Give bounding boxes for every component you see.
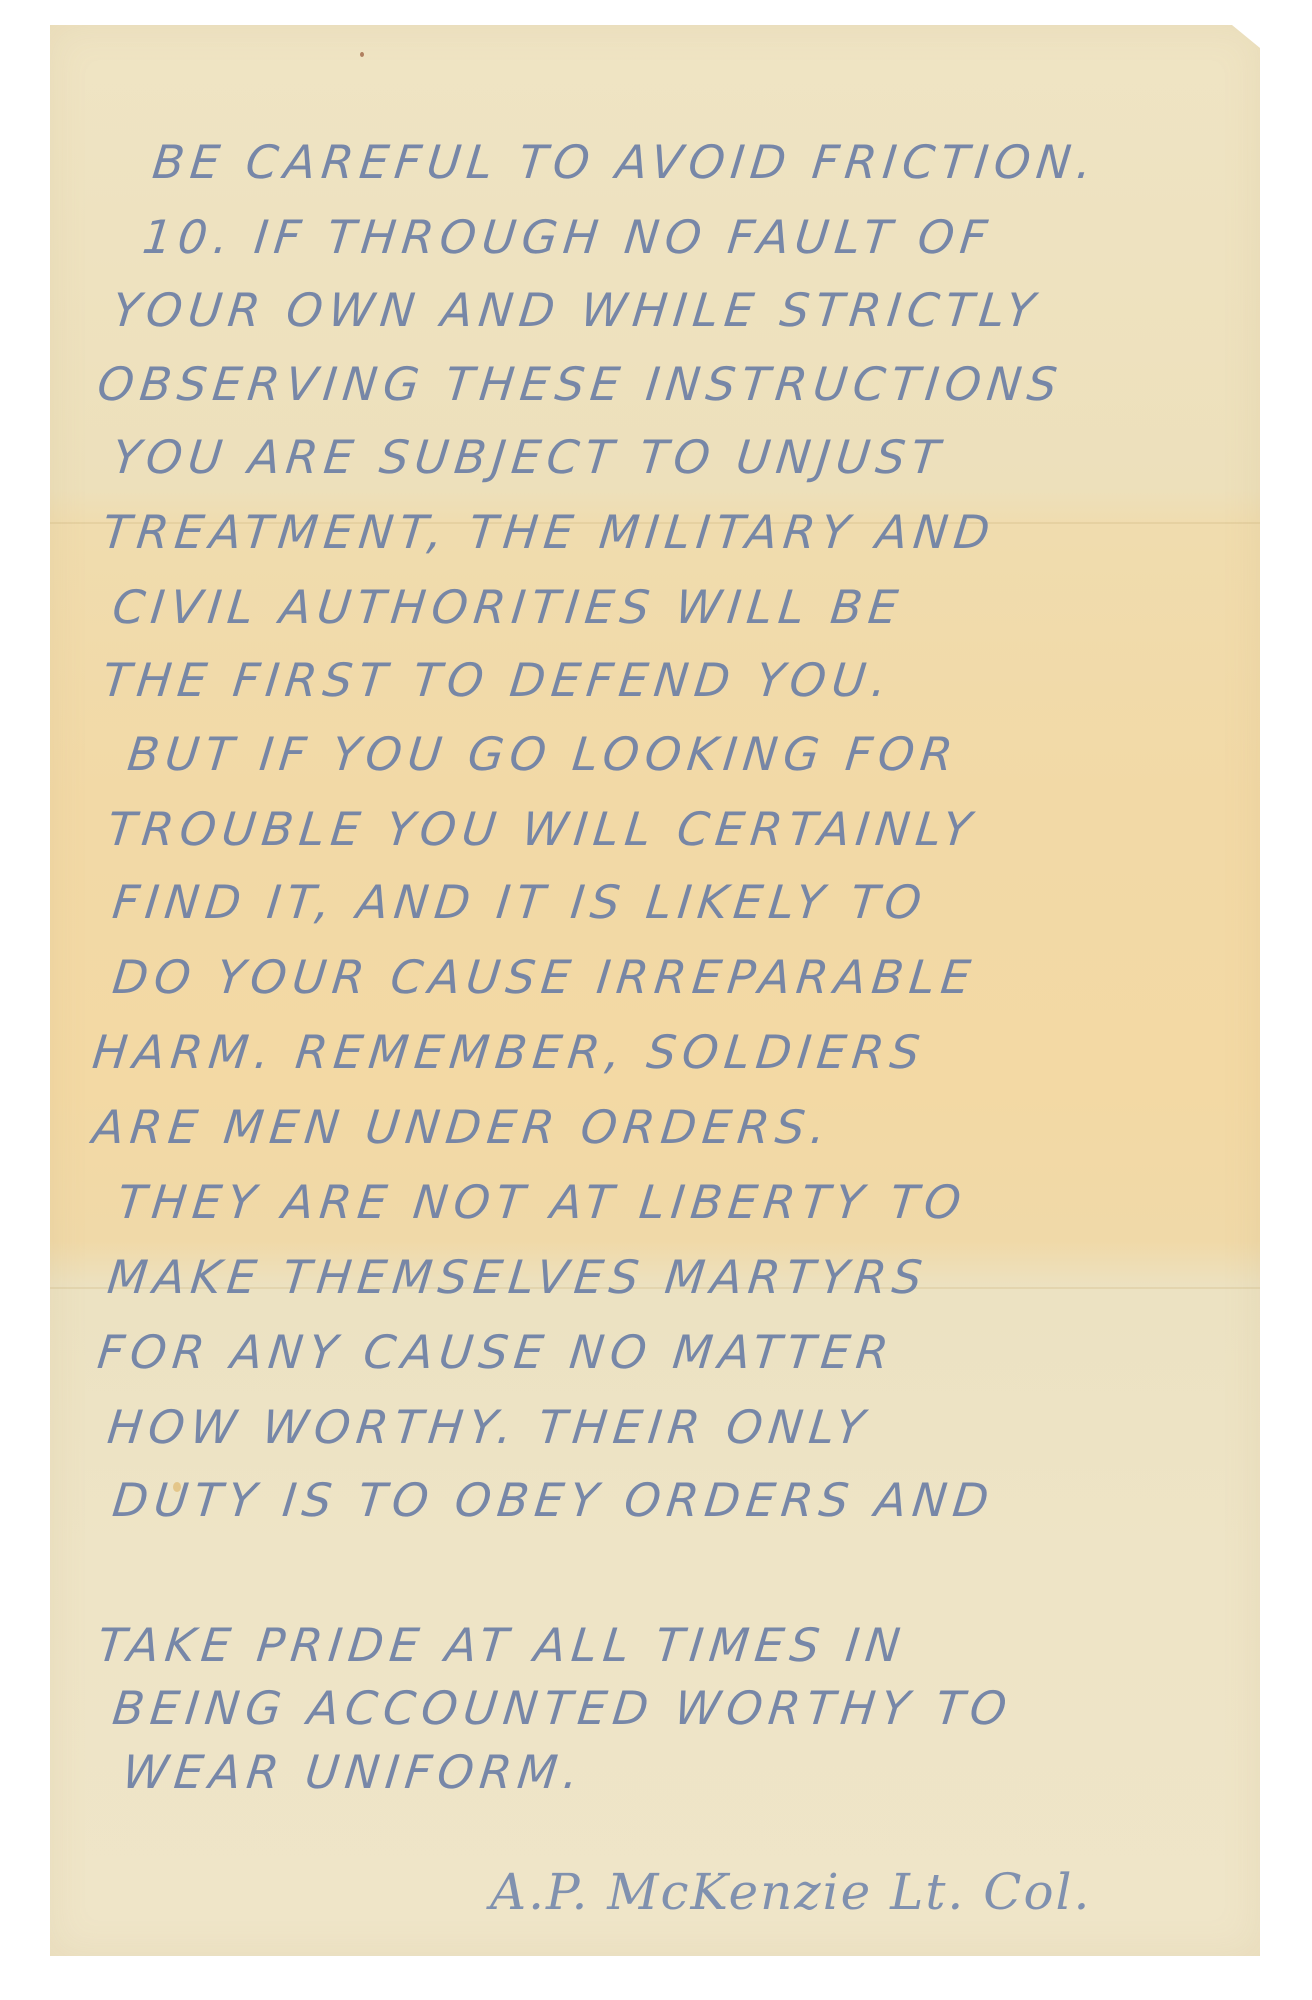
letter-line: take pride at all times in bbox=[95, 1618, 909, 1672]
letter-line: 10. If through no fault of bbox=[140, 210, 996, 264]
letter-line: you are subject to unjust bbox=[110, 430, 948, 484]
letter-line: They are not at liberty to bbox=[115, 1175, 969, 1229]
letter-line: Be careful to avoid friction. bbox=[150, 135, 1100, 189]
letter-line: are men under orders. bbox=[90, 1100, 834, 1154]
letter-line: wear uniform. bbox=[120, 1745, 587, 1799]
letter-line: treatment, the military and bbox=[100, 505, 998, 559]
letter-line: harm. Remember, soldiers bbox=[90, 1025, 928, 1079]
letter-line: do your cause irreparable bbox=[110, 950, 979, 1004]
letter-line: for any cause no matter bbox=[95, 1325, 897, 1379]
letter-line: how worthy. Their only bbox=[105, 1400, 873, 1454]
letter-line: find it, and it is likely to bbox=[110, 875, 930, 929]
letter-line: observing these instructions bbox=[95, 357, 1066, 411]
letter-line: civil authorities will be bbox=[110, 580, 906, 634]
letter-line: your own and while strictly bbox=[110, 283, 1043, 337]
letter-line: make themselves martyrs bbox=[105, 1250, 931, 1304]
letter-line: duty is to obey orders and bbox=[110, 1473, 997, 1527]
letter-line: trouble you will certainly bbox=[105, 802, 980, 856]
letter-line: the first to defend you. bbox=[100, 653, 895, 707]
signature: A.P. McKenzie Lt. Col. bbox=[490, 1863, 1091, 1921]
letter-line: being accounted worthy to bbox=[110, 1681, 1015, 1735]
ink-speck bbox=[360, 52, 364, 57]
letter-page: Be careful to avoid friction. 10. If thr… bbox=[50, 25, 1260, 1956]
letter-line: But if you go looking for bbox=[125, 727, 961, 781]
